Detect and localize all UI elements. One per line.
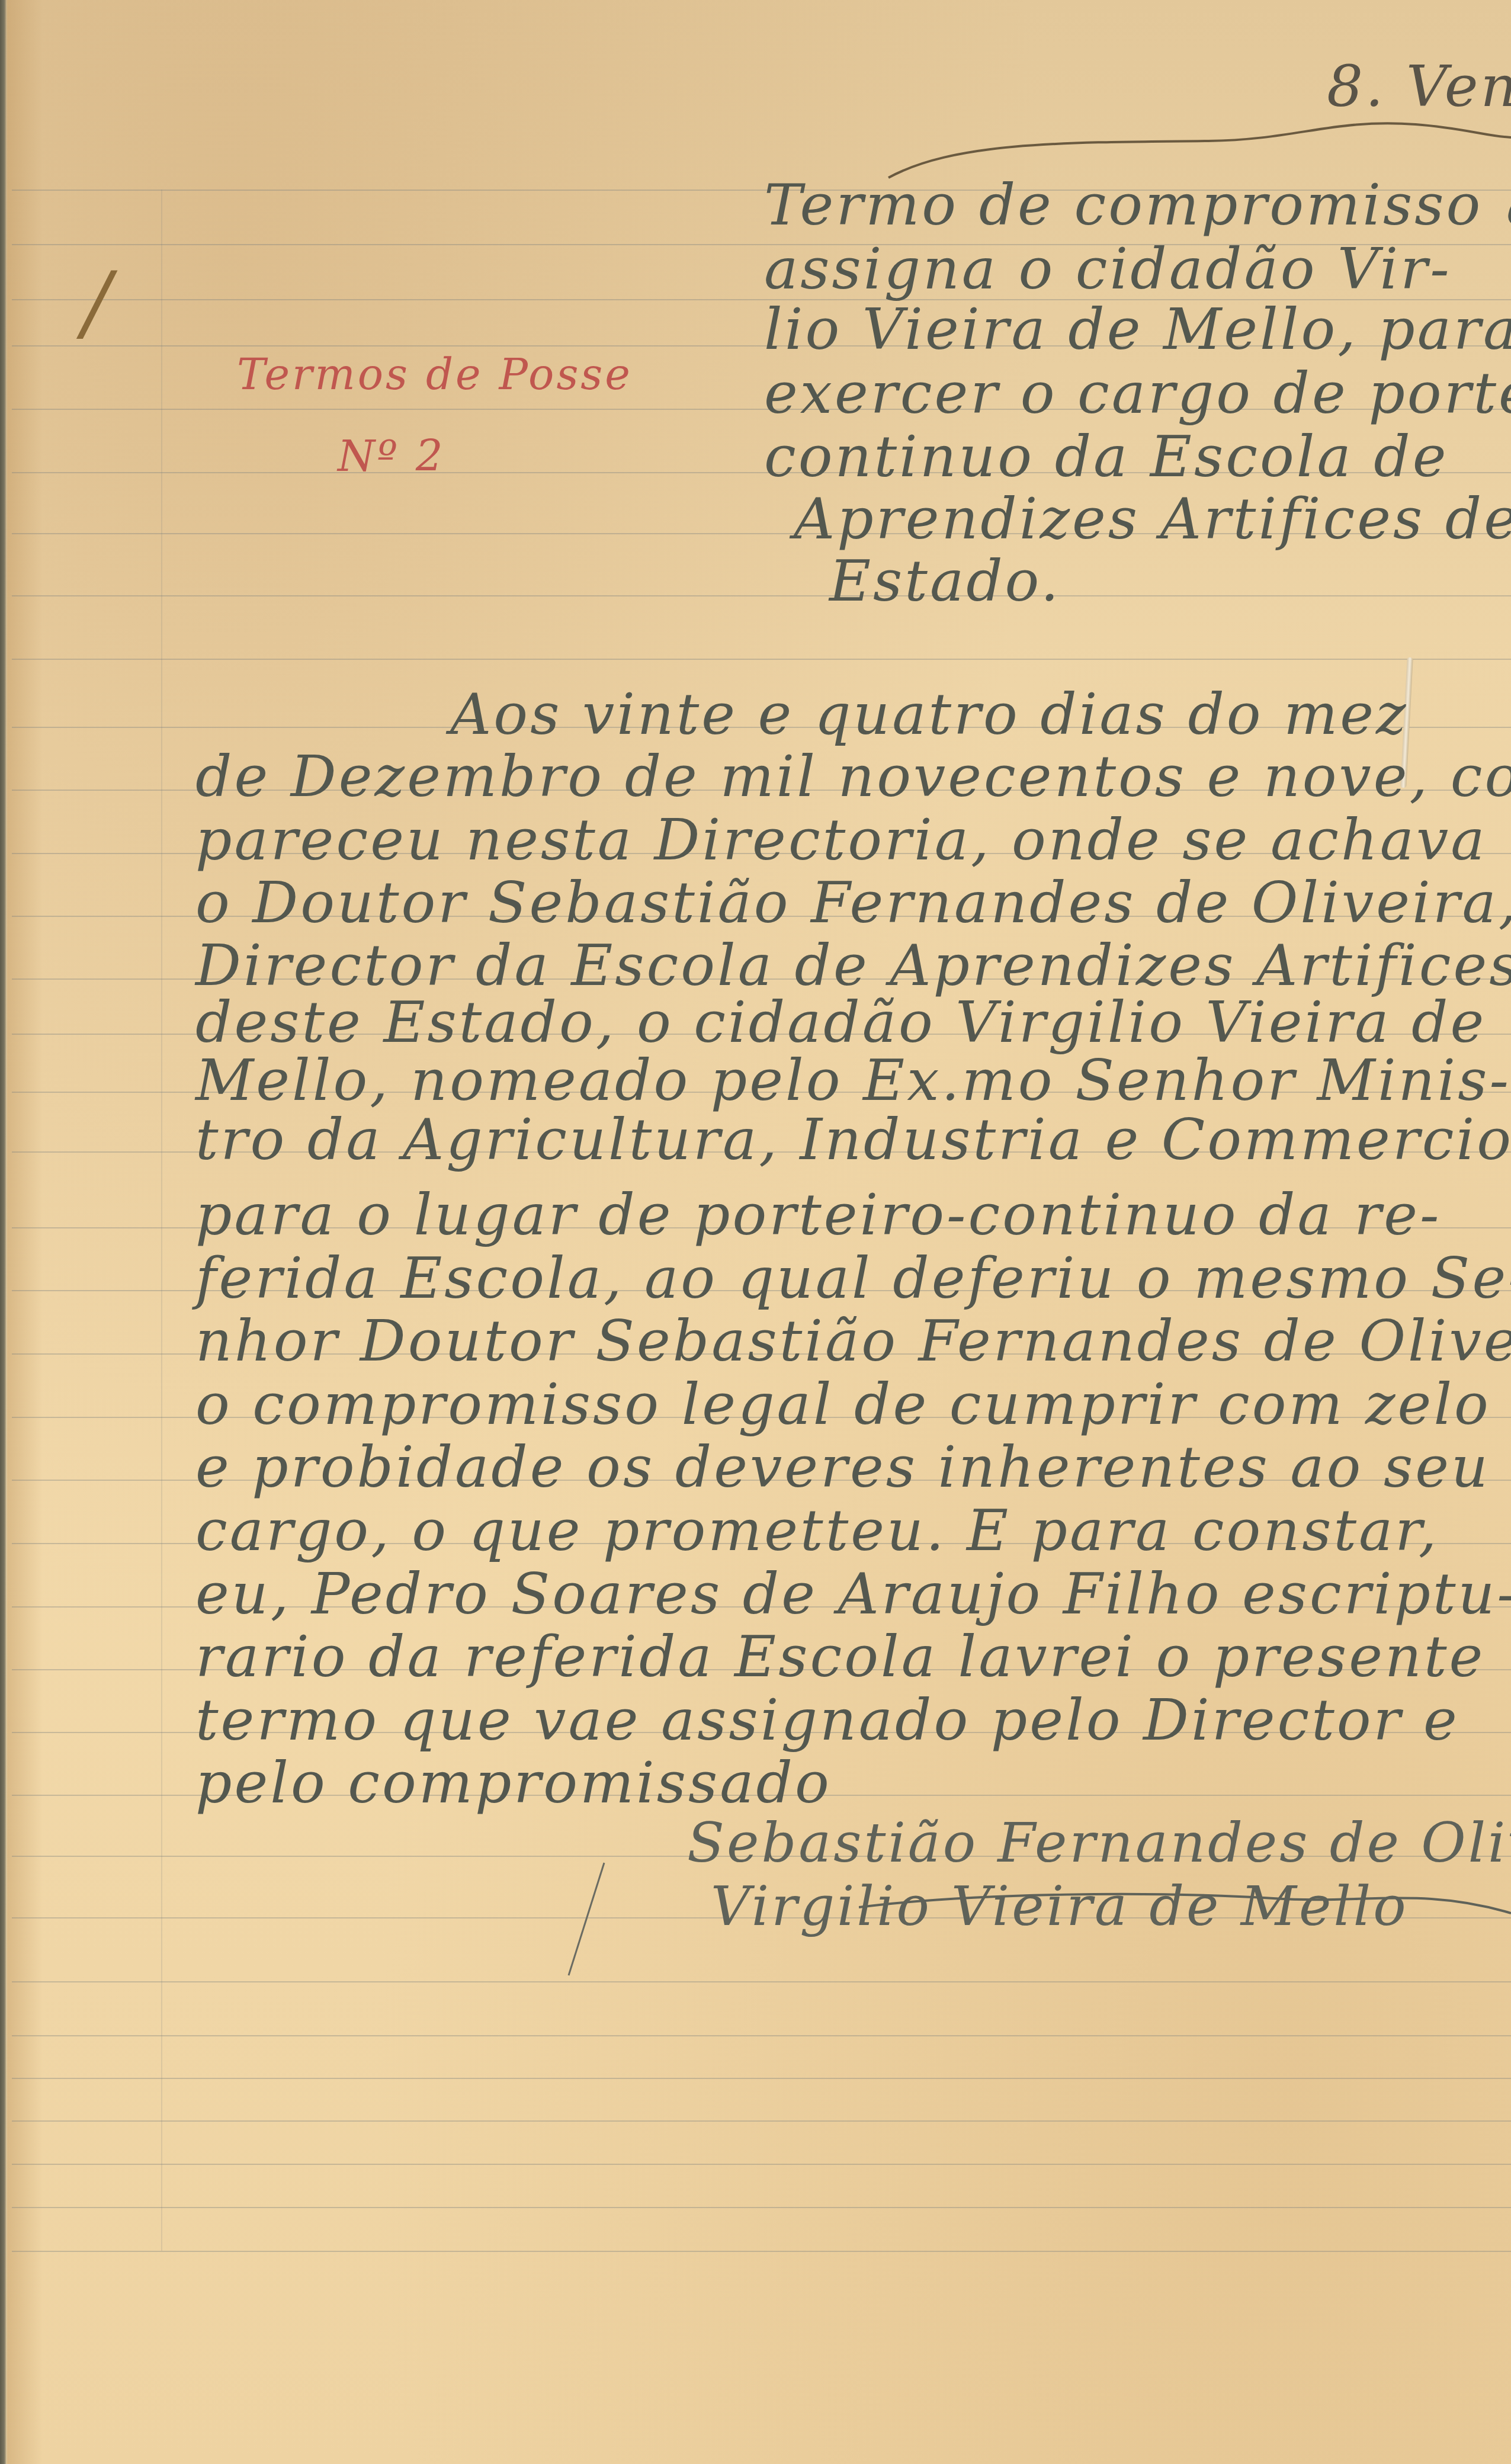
header-line: Estado. — [829, 548, 1061, 614]
binding-edge — [0, 0, 7, 2464]
ruled-line — [12, 2164, 1511, 2165]
body-line: de Dezembro de mil novecentos e nove, co… — [195, 743, 1511, 810]
ruled-line — [12, 659, 1511, 660]
margin-tick: / — [83, 255, 111, 351]
body-line: cargo, o que prometteu. E para constar, — [195, 1497, 1439, 1564]
body-line: Aos vinte e quatro dias do mez — [450, 681, 1409, 747]
signature-slash-mark — [563, 1860, 610, 1978]
header-line: lio Vieira de Mello, para — [764, 296, 1511, 362]
side-heading-title: Termos de Posse — [237, 349, 633, 399]
ruled-line — [12, 2251, 1511, 2252]
header-line: Aprendizes Artifices deste — [794, 486, 1511, 552]
page-shadow — [7, 0, 43, 2464]
header-line: continuo da Escola de — [764, 423, 1448, 490]
margin-rule — [161, 190, 162, 2251]
body-line: pareceu nesta Directoria, onde se achava — [195, 807, 1487, 873]
body-line: deste Estado, o cidadão Virgilio Vieira … — [195, 989, 1486, 1055]
body-line: termo que vae assignado pelo Director e — [195, 1687, 1459, 1753]
body-line: o compromisso legal de cumprir com zelo — [195, 1371, 1491, 1438]
body-line: rario da referida Escola lavrei o presen… — [195, 1624, 1485, 1690]
body-line: nhor Doutor Sebastião Fernandes de Olive… — [195, 1308, 1511, 1374]
body-line: o Doutor Sebastião Fernandes de Oliveira… — [195, 870, 1511, 936]
header-line: assigna o cidadão Vir- — [764, 236, 1452, 302]
side-heading-number: Nº 2 — [338, 431, 445, 481]
body-line: e probidade os deveres inherentes ao seu — [195, 1434, 1490, 1500]
header-line: Termo de compromisso que — [764, 172, 1511, 238]
body-line: Mello, nomeado pelo Ex.mo Senhor Minis- — [195, 1047, 1511, 1114]
ruled-line — [12, 2078, 1511, 2079]
signature-director: Sebastião Fernandes de Oliveira — [687, 1811, 1511, 1875]
ruled-line — [12, 2207, 1511, 2208]
body-line: eu, Pedro Soares de Araujo Filho escript… — [195, 1561, 1511, 1627]
document-page: 8. Ven / Termos de Posse Nº 2 Termo de c… — [0, 0, 1511, 2464]
body-line: pelo compromissado — [195, 1750, 832, 1816]
header-line: exercer o cargo de porteiro — [764, 360, 1511, 426]
signature-underline-flourish — [859, 1881, 1511, 1922]
body-line: ferida Escola, ao qual deferiu o mesmo S… — [195, 1245, 1511, 1311]
ruled-line — [12, 595, 1511, 596]
body-line: tro da Agricultura, Industria e Commerci… — [195, 1106, 1511, 1173]
ruled-line — [12, 2035, 1511, 2036]
body-line: para o lugar de porteiro-continuo da re- — [195, 1182, 1441, 1248]
ruled-line — [12, 2120, 1511, 2122]
ruled-line — [12, 1981, 1511, 1982]
page-reference: 8. Ven — [1327, 53, 1511, 120]
